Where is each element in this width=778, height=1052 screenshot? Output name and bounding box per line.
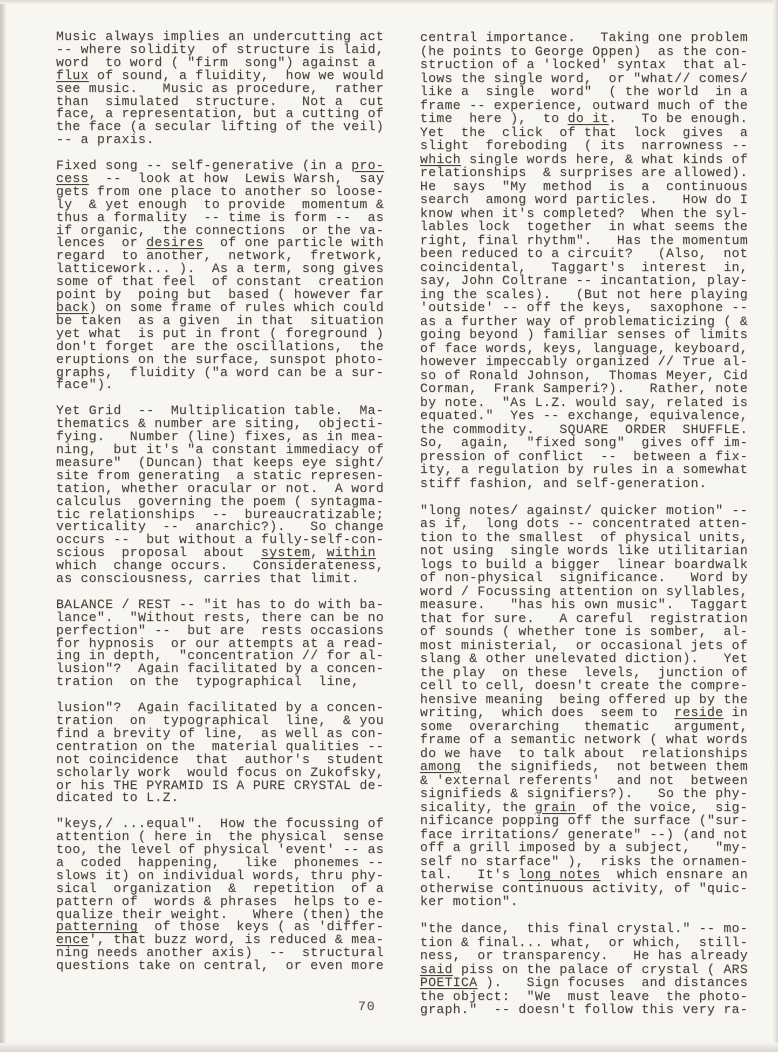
paragraph: BALANCE / REST -- "it has to do with ba-… [56,599,402,689]
text-line: frame -- experience, outward much of the [420,99,766,113]
text-line: face irritations/ generate" --) (and not [420,828,766,842]
page-edge-bottom [0,1043,778,1052]
text-line: that for sure. A careful registration [420,612,766,626]
text-line: otherwise continuous activity, of "quic- [420,882,766,896]
text-line: ity, a regulation by rules in a somewhat [420,463,766,477]
text-line: POETICA ). Sign focuses and distances [420,976,766,990]
text-line: signifieds & signifiers?). So the phy- [420,787,766,801]
paragraph: "the dance, this final crystal." -- mo-t… [420,922,766,1017]
text-line: say, John Coltrane -- incantation, play- [420,274,766,288]
text-line: as a further way of problematicizing ( & [420,315,766,329]
text-line: most ministerial, or occasional jets of [420,639,766,653]
text-line: tion to the smallest of physical units, [420,531,766,545]
text-line: face"). [56,379,402,392]
text-line: going beyond ) familiar senses of limits [420,328,766,342]
text-line: cell to cell, doesn't create the compre- [420,679,766,693]
text-line: as if, long dots -- concentrated atten- [420,517,766,531]
text-line: -- a praxis. [56,134,402,147]
text-line: which single words here, & what kinds of [420,153,766,167]
text-line: know when it's completed? When the syl- [420,207,766,221]
underlined-text: do it [568,111,609,126]
text-line: hensive meaning being offered up by the [420,693,766,707]
underlined-text: long notes [518,867,600,882]
text-line: ness, or transparency. He has already [420,949,766,963]
paragraph: Yet Grid -- Multiplication table. Ma-the… [56,405,402,586]
text-line: been reduced to a circuit? (Also, not [420,247,766,261]
text-line: right, final rhythm". Has the momentum [420,234,766,248]
text-line: ing the scales). (But not here playing [420,288,766,302]
text-line: graph." -- doesn't follow this very ra- [420,1003,766,1017]
text-line: of sounds ( whether tone is somber, al- [420,625,766,639]
underlined-text: among [420,759,461,774]
text-line: of non-physical significance. Word by [420,571,766,585]
text-line: lows the single word, or "what// comes/ [420,72,766,86]
text-line: search among word particles. How do I [420,193,766,207]
paragraph: lusion"? Again facilitated by a concen-t… [56,702,402,805]
text-line: not using single words like utilitarian [420,544,766,558]
text-line: slang & other unelevated diction). Yet [420,652,766,666]
text-line: slight foreboding ( its narrowness -- [420,139,766,153]
text-line: "the dance, this final crystal." -- mo- [420,922,766,936]
text-line: word / Focussing attention on syllables, [420,585,766,599]
text-line: stiff fashion, and self-generation. [420,477,766,491]
text-line: off a grill imposed by a subject, "my- [420,841,766,855]
text-line: pression of conflict -- between a fix- [420,450,766,464]
text-line: He says "My method is a continuous [420,180,766,194]
paragraph: "keys,/ ...equal". How the focussing ofa… [56,818,402,973]
text-line: time here ), to do it. To be enough. [420,112,766,126]
page-edge-left [0,0,6,1052]
right-text-column: central importance. Taking one problem(h… [420,31,766,1017]
text-line: measure. "has his own music". Taggart [420,598,766,612]
text-line: writing, which does seem to reside in [420,706,766,720]
text-line: Corman, Frank Samperi?). Rather, note [420,382,766,396]
text-line: (he points to George Oppen) as the con- [420,45,766,59]
left-text-column: Music always implies an undercutting act… [56,31,402,973]
text-line: relationships & surprises are allowed). [420,166,766,180]
page-edge-right [773,0,778,1052]
text-line: nificance popping off the surface ("sur- [420,814,766,828]
text-line: struction of a 'locked' syntax that al- [420,58,766,72]
text-line: the commodity. SQUARE ORDER SHUFFLE. [420,423,766,437]
text-line: as consciousness, carries that limit. [56,573,402,586]
text-line: frame of a semantic network ( what words [420,733,766,747]
scanned-document-page: Music always implies an undercutting act… [0,0,778,1052]
text-line: "long notes/ against/ quicker motion" -- [420,504,766,518]
text-line: sicality, the grain of the voice, sig- [420,801,766,815]
text-line: so of Ronald Johnson, Thomas Meyer, Cid [420,369,766,383]
text-line: the object: "We must leave the photo- [420,990,766,1004]
text-line: by note. "As L.Z. would say, related is [420,396,766,410]
text-line: however impeccably organized // True al- [420,355,766,369]
page-number: 70 [358,999,376,1014]
text-line: Yet the click of that lock gives a [420,126,766,140]
paragraph: central importance. Taking one problem(h… [420,31,766,490]
text-line: & 'external referents' and not between [420,774,766,788]
text-line: like a single word" ( the world in a [420,85,766,99]
text-line: coincidental, Taggart's interest in, [420,261,766,275]
underlined-text: reside [674,705,723,720]
page-edge-top [0,0,778,4]
text-line: some overarching thematic argument, [420,720,766,734]
text-line: tion & final... what, or which, still- [420,936,766,950]
text-line: 'outside' -- off the keys, saxophone -- [420,301,766,315]
text-line: do we have to talk about relationships [420,747,766,761]
text-line: questions take on central, or even more [56,960,402,973]
text-line: said piss on the palace of crystal ( ARS [420,963,766,977]
text-line: tal. It's long notes which ensnare an [420,868,766,882]
text-line: logs to build a bigger linear boardwalk [420,558,766,572]
text-line: tration on the typographical line, [56,676,402,689]
text-line: dicated to L.Z. [56,792,402,805]
text-line: of face words, keys, language, keyboard, [420,342,766,356]
text-line: So, again, "fixed song" gives off im- [420,436,766,450]
text-line: lables lock together in what seems the [420,220,766,234]
underlined-text: POETICA [420,975,477,990]
text-line: equated." Yes -- exchange, equivalence, [420,409,766,423]
text-line: ker motion". [420,895,766,909]
text-line: central importance. Taking one problem [420,31,766,45]
text-line: among the signifieds, not between them [420,760,766,774]
paragraph: Music always implies an undercutting act… [56,31,402,147]
paragraph: Fixed song -- self-generative (in a pro-… [56,160,402,392]
paragraph: "long notes/ against/ quicker motion" --… [420,504,766,909]
text-line: the play on these levels, junction of [420,666,766,680]
text-line: self no starface" ), risks the ornamen- [420,855,766,869]
